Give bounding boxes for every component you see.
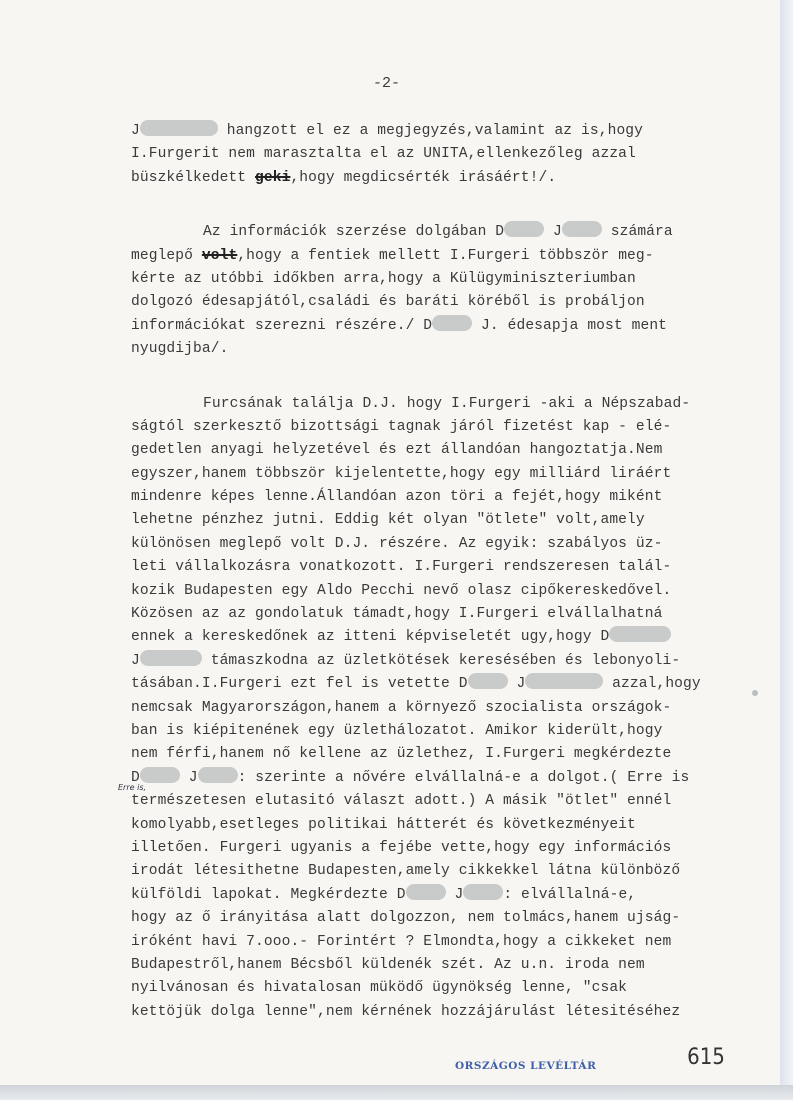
text-segment: lehetne pénzhez jutni. Eddig két olyan "… [131,512,645,528]
text-segment: büszkélkedett [131,170,255,186]
text-segment: leti vállalkozásra vonatkozott. I.Furger… [131,559,671,575]
text-segment: : szerinte a nővére elvállalná-e a dolgo… [238,770,690,786]
text-line: nem férfi,hanem nő kellene az üzlethez, … [131,743,771,766]
text-line: J hangzott el ez a megjegyzés,valamint a… [131,120,771,143]
text-segment: azzal,hogy [603,676,700,692]
text-segment: : elvállalná-e, [503,887,636,903]
text-segment: különösen meglepő volt D.J. részére. Az … [131,536,662,552]
text-line: illetően. Furgeri ugyanis a fejébe vette… [131,837,771,860]
text-segment: J [544,224,562,240]
text-segment: kettöjük dolga lenne",nem kérnének hozzá… [131,1004,680,1020]
text-segment: Az információk szerzése dolgában D [203,224,504,240]
scanner-bottom-edge [0,1085,793,1100]
text-segment: J [508,676,526,692]
text-segment: J [131,653,140,669]
text-segment: nemcsak Magyarországon,hanem a környező … [131,700,671,716]
text-line: dolgozó édesapjától,családi és baráti kö… [131,291,771,314]
text-line: nemcsak Magyarországon,hanem a környező … [131,697,771,720]
redaction-mark [140,767,180,783]
text-segment: ságtól szerkesztő bizottsági tagnak járó… [131,419,671,435]
text-segment: illetően. Furgeri ugyanis a fejébe vette… [131,840,671,856]
text-segment: J [131,123,140,139]
text-line: Budapestről,hanem Bécsből küldenék szét.… [131,954,771,977]
text-line: mindenre képes lenne.Állandóan azon töri… [131,486,771,509]
text-line: kozik Budapesten egy Aldo Pecchi nevő ol… [131,580,771,603]
text-line: komolyabb,esetleges politikai hátterét é… [131,814,771,837]
text-line: irodát létesithetne Budapesten,amely cik… [131,860,771,883]
text-segment: ,hogy megdicsérték irásáért!/. [290,170,556,186]
text-segment: mindenre képes lenne.Állandóan azon töri… [131,489,662,505]
paragraph-gap [131,190,771,221]
text-segment: természetesen elutasitó választ adott.) … [131,793,671,809]
text-segment: nyugdijba/. [131,341,228,357]
folio-number: 615 [687,1045,725,1070]
text-line: Furcsának találja D.J. hogy I.Furgeri -a… [131,393,771,416]
text-segment: nyilvánosan és hivatalosan müködő ügynök… [131,980,627,996]
scanner-edge [780,0,793,1100]
redaction-mark [468,673,508,689]
redaction-mark [198,767,238,783]
text-segment: kozik Budapesten egy Aldo Pecchi nevő ol… [131,583,671,599]
text-line: kérte az utóbbi időkben arra,hogy a Külü… [131,268,771,291]
paper-speck [752,690,758,696]
text-segment: hangzott el ez a megjegyzés,valamint az … [218,123,643,139]
redaction-mark [562,221,602,237]
redaction-mark [504,221,544,237]
text-line: nyilvánosan és hivatalosan müködő ügynök… [131,977,771,1000]
text-segment: ban is kiépitenének egy üzlethálozatot. … [131,723,662,739]
text-segment: tásában.I.Furgeri ezt fel is vetette D [131,676,468,692]
text-line: Az információk szerzése dolgában D J szá… [131,221,771,244]
text-line: egyszer,hanem többször kijelentette,hogy… [131,463,771,486]
text-segment: támaszkodna az üzletkötések keresésében … [202,653,680,669]
text-line: különösen meglepő volt D.J. részére. Az … [131,533,771,556]
text-segment: ,hogy a fentiek mellett I.Furgeri többsz… [237,248,653,264]
text-segment: egyszer,hanem többször kijelentette,hogy… [131,466,671,482]
redaction-mark [140,120,218,136]
text-line: ban is kiépitenének egy üzlethálozatot. … [131,720,771,743]
text-segment: hogy az ő irányitása alatt dolgozzon, ne… [131,910,680,926]
text-segment: nem férfi,hanem nő kellene az üzlethez, … [131,746,671,762]
text-line: D J: szerinte a nővére elvállalná-e a do… [131,767,771,790]
text-line: információkat szerezni részére./ D J. éd… [131,315,771,338]
text-segment: J [180,770,198,786]
text-segment: információkat szerezni részére./ D [131,318,432,334]
page-number: -2- [373,75,400,92]
text-line: hogy az ő irányitása alatt dolgozzon, ne… [131,907,771,930]
text-segment: külföldi lapokat. Megkérdezte D [131,887,406,903]
redaction-mark [609,626,671,642]
text-line: tásában.I.Furgeri ezt fel is vetette D J… [131,673,771,696]
text-segment: ennek a kereskedőnek az itteni képvisele… [131,629,609,645]
text-segment: Budapestről,hanem Bécsből küldenék szét.… [131,957,645,973]
text-segment: irodát létesithetne Budapesten,amely cik… [131,863,680,879]
text-line: J támaszkodna az üzletkötések keresésébe… [131,650,771,673]
text-line: nyugdijba/. [131,338,771,361]
redaction-mark [432,315,472,331]
text-line: külföldi lapokat. Megkérdezte D J: elvál… [131,884,771,907]
text-line: ennek a kereskedőnek az itteni képvisele… [131,626,771,649]
text-line: ságtól szerkesztő bizottsági tagnak járó… [131,416,771,439]
text-segment: gedetlen anyagi helyzetével és ezt állan… [131,442,662,458]
text-line: I.Furgerit nem marasztalta el az UNITA,e… [131,143,771,166]
text-line: meglepő volt,hogy a fentiek mellett I.Fu… [131,245,771,268]
text-line: lehetne pénzhez jutni. Eddig két olyan "… [131,509,771,532]
text-line: gedetlen anyagi helyzetével és ezt állan… [131,439,771,462]
text-segment: J [446,887,464,903]
text-segment: Furcsának találja D.J. hogy I.Furgeri -a… [203,396,690,412]
handwritten-annotation: Erre is, [118,783,146,792]
text-segment: kérte az utóbbi időkben arra,hogy a Külü… [131,271,636,287]
text-segment: dolgozó édesapjától,családi és baráti kö… [131,294,645,310]
text-segment: meglepő [131,248,202,264]
text-segment: iróként havi 7.ooo.- Forintért ? Elmondt… [131,934,671,950]
redaction-mark [463,884,503,900]
text-segment: I.Furgerit nem marasztalta el az UNITA,e… [131,146,636,162]
text-segment: komolyabb,esetleges politikai hátterét é… [131,817,636,833]
text-line: Közösen az az gondolatuk támadt,hogy I.F… [131,603,771,626]
struck-out-word: geki [255,170,290,186]
text-line: leti vállalkozásra vonatkozott. I.Furger… [131,556,771,579]
archive-stamp: ORSZÁGOS LEVÉLTÁR [455,1060,596,1072]
text-segment: J. édesapja most ment [472,318,667,334]
text-segment: számára [602,224,673,240]
struck-out-word: volt [202,248,237,264]
text-line: iróként havi 7.ooo.- Forintért ? Elmondt… [131,931,771,954]
redaction-mark [406,884,446,900]
paragraph-gap [131,362,771,393]
text-line: természetesen elutasitó választ adott.) … [131,790,771,813]
typewritten-body: J hangzott el ez a megjegyzés,valamint a… [131,120,771,1024]
redaction-mark [140,650,202,666]
text-line: büszkélkedett geki,hogy megdicsérték irá… [131,167,771,190]
redaction-mark [525,673,603,689]
text-line: kettöjük dolga lenne",nem kérnének hozzá… [131,1001,771,1024]
text-segment: Közösen az az gondolatuk támadt,hogy I.F… [131,606,662,622]
